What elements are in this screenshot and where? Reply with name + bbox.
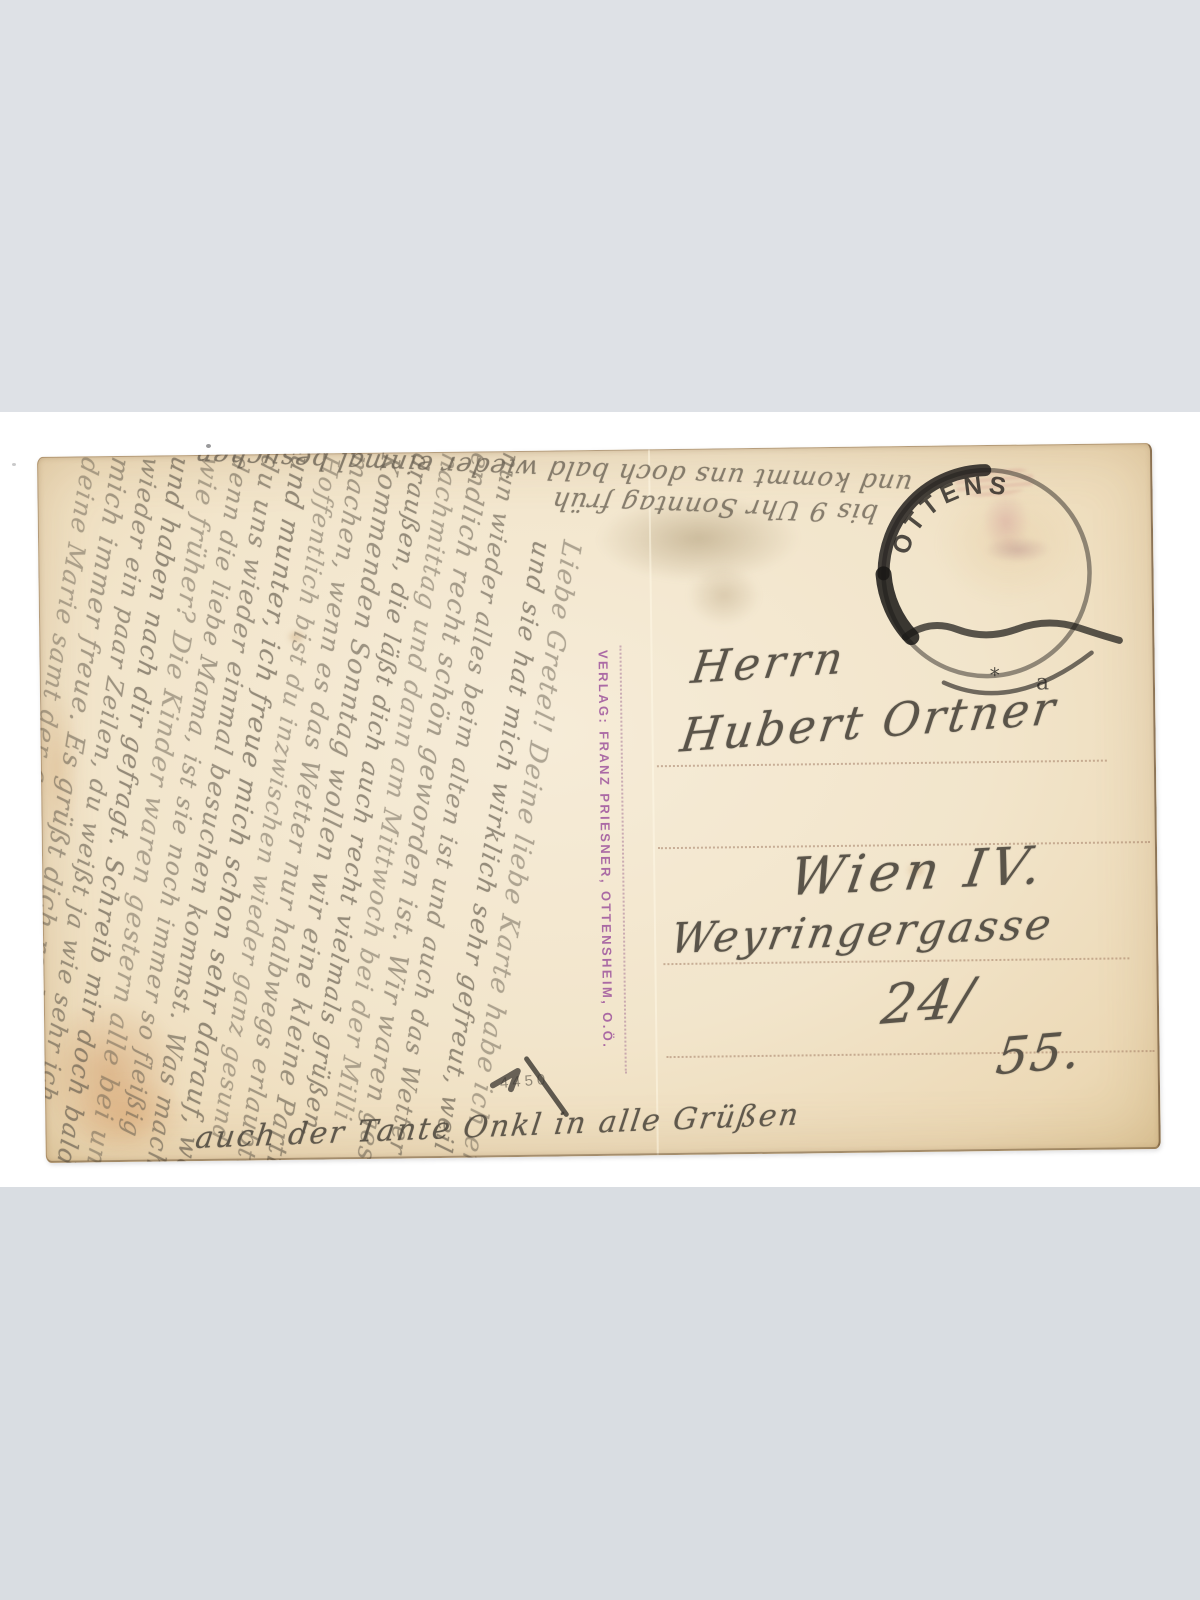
- postmark-star: *: [990, 663, 1000, 687]
- pencil-slash: [462, 1048, 583, 1135]
- postmark-heavy-ink-arc: [884, 574, 912, 637]
- address-house-number: 24/: [878, 966, 979, 1038]
- scan: { "scan": { "band_top_color": "#dee1e6",…: [0, 0, 1200, 1600]
- address-city: Wien IV.: [785, 836, 1050, 909]
- address-door-number: 55.: [993, 1021, 1086, 1087]
- postmark-stamp: OTTENS * a: [857, 448, 1140, 721]
- postmark-town-arc: OTTENS: [886, 470, 1014, 558]
- postmark-wavy-cancel-line: [905, 622, 1119, 643]
- postmark-index-letter: a: [1036, 670, 1049, 695]
- postcard: Liebe Gretel! Deine liebe Karte habe ich…: [37, 443, 1161, 1163]
- scanner-band-bottom: [0, 1187, 1200, 1600]
- address-salutation: Herrn: [688, 632, 850, 694]
- dust-speck: [206, 444, 211, 448]
- dust-speck: [12, 463, 16, 466]
- scanner-band-top: [0, 0, 1200, 412]
